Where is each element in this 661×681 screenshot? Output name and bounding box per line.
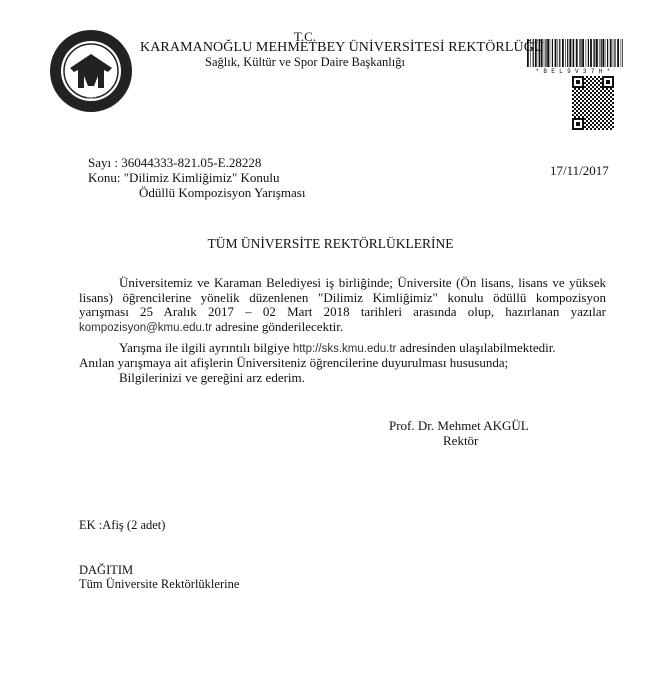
university-seal-icon: 2007 — [48, 28, 134, 114]
konu-value-line1: "Dilimiz Kimliğimiz" Konulu — [124, 170, 280, 185]
header-department: Sağlık, Kültür ve Spor Daire Başkanlığı — [140, 55, 470, 70]
header-university: KARAMANOĞLU MEHMETBEY ÜNİVERSİTESİ REKTÖ… — [140, 40, 470, 56]
p1-text-b: adresine gönderilecektir. — [215, 319, 343, 334]
addressee: TÜM ÜNİVERSİTE REKTÖRLÜKLERİNE — [0, 236, 661, 252]
p2-text-a: Yarışma ile ilgili ayrıntılı bilgiye — [119, 340, 290, 355]
distribution-label: DAĞITIM — [79, 563, 133, 578]
signatory-title: Rektör — [443, 433, 478, 449]
sayi-label: Sayı : — [88, 155, 118, 170]
attachment: EK :Afiş (2 adet) — [79, 518, 165, 533]
distribution-value: Tüm Üniversite Rektörlüklerine — [79, 577, 239, 592]
body-paragraph-1: Üniversitemiz ve Karaman Belediyesi iş b… — [79, 276, 606, 335]
konu-label: Konu: — [88, 170, 121, 185]
document-number: Sayı : 36044333-821.05-E.28228 — [88, 155, 261, 170]
signatory-name: Prof. Dr. Mehmet AKGÜL — [389, 418, 529, 434]
email-link[interactable]: kompozisyon@kmu.edu.tr — [79, 322, 212, 334]
body-paragraph-3: Anılan yarışmaya ait afişlerin Üniversit… — [79, 356, 606, 371]
sayi-value: 36044333-821.05-E.28228 — [121, 155, 261, 170]
barcode-icon — [527, 39, 623, 67]
p1-text-a: Üniversitemiz ve Karaman Belediyesi iş b… — [79, 275, 606, 319]
konu-value-line2: Ödüllü Kompozisyon Yarışması — [139, 185, 305, 200]
p2-text-b: adresinden ulaşılabilmektedir. — [400, 340, 556, 355]
subject: Konu: "Dilimiz Kimliğimiz" Konulu — [88, 170, 280, 185]
document-date: 17/11/2017 — [550, 163, 609, 179]
website-link[interactable]: http://sks.kmu.edu.tr — [293, 343, 397, 355]
body-paragraph-4: Bilgilerinizi ve gereğini arz ederim. — [119, 371, 646, 386]
barcode-text: *BEL9V37H* — [527, 68, 623, 75]
svg-text:2007: 2007 — [86, 97, 97, 102]
qr-code-icon — [572, 76, 614, 130]
